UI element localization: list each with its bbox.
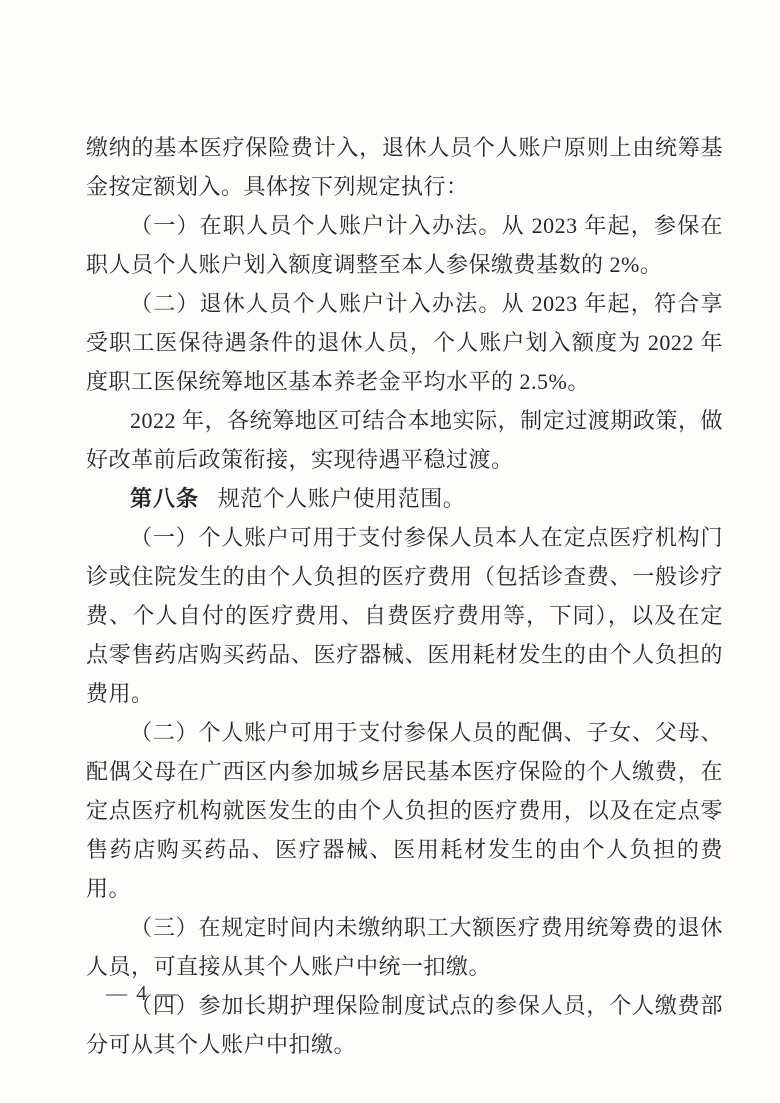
paragraph-continuation: 缴纳的基本医疗保险费计入，退休人员个人账户原则上由统筹基金按定额划入。具体按下列… (86, 128, 723, 206)
paragraph-usage-item-2: （二）个人账户可用于支付参保人员的配偶、子女、父母、配偶父母在广西区内参加城乡居… (86, 713, 723, 908)
paragraph-transition-policy: 2022 年，各统筹地区可结合本地实际，制定过渡期政策，做好改革前后政策衔接，实… (86, 401, 723, 479)
article-8-heading: 第八条规范个人账户使用范围。 (86, 479, 723, 518)
document-body: 缴纳的基本医疗保险费计入，退休人员个人账户原则上由统筹基金按定额划入。具体按下列… (86, 128, 723, 1064)
paragraph-item-2: （二）退休人员个人账户计入办法。从 2023 年起，符合享受职工医保待遇条件的退… (86, 284, 723, 401)
paragraph-item-1: （一）在职人员个人账户计入办法。从 2023 年起，参保在职人员个人账户划入额度… (86, 206, 723, 284)
article-title-text: 规范个人账户使用范围。 (218, 486, 466, 511)
document-page: 缴纳的基本医疗保险费计入，退休人员个人账户原则上由统筹基金按定额划入。具体按下列… (0, 0, 780, 1103)
paragraph-usage-item-3: （三）在规定时间内未缴纳职工大额医疗费用统筹费的退休人员，可直接从其个人账户中统… (86, 908, 723, 986)
paragraph-usage-item-1: （一）个人账户可用于支付参保人员本人在定点医疗机构门诊或住院发生的由个人负担的医… (86, 518, 723, 713)
paragraph-usage-item-4: （四）参加长期护理保险制度试点的参保人员，个人缴费部分可从其个人账户中扣缴。 (86, 986, 723, 1064)
article-number-label: 第八条 (130, 486, 199, 511)
page-number: — 4 — (106, 981, 179, 1006)
